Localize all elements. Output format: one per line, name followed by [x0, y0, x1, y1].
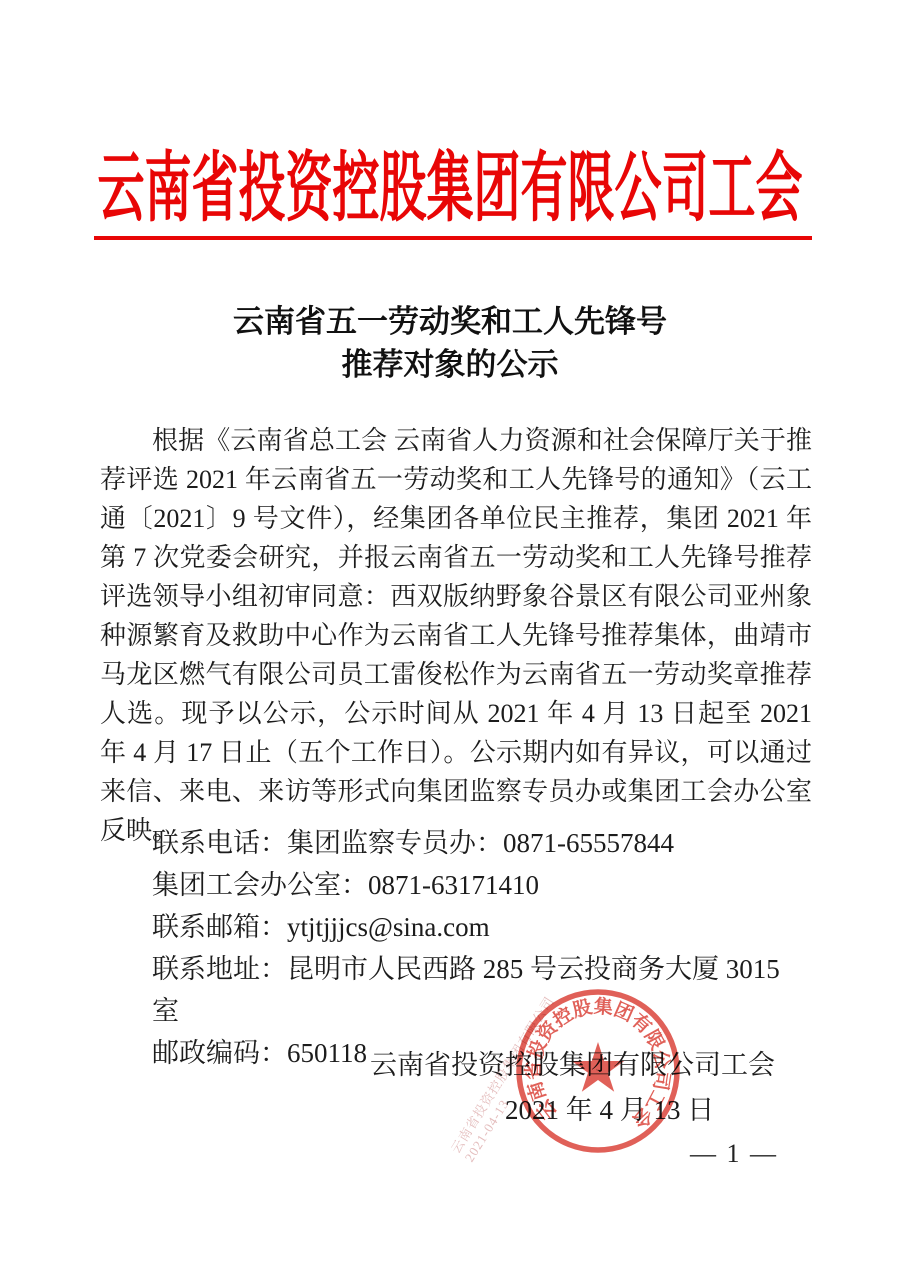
- contact-block: 联系电话：集团监察专员办：0871-65557844集团工会办公室：0871-6…: [152, 822, 812, 1074]
- body-line: 人选。现予以公示，公示时间从 2021 年 4 月 13 日起至 2021: [100, 694, 812, 733]
- body-paragraph: 根据《云南省总工会 云南省人力资源和社会保障厅关于推荐评选 2021 年云南省五…: [100, 421, 812, 850]
- page-title-line2: 推荐对象的公示: [0, 343, 900, 386]
- body-line: 通〔2021〕9 号文件），经集团各单位民主推荐，集团 2021 年: [100, 499, 812, 538]
- page-number: — 1 —: [690, 1139, 778, 1169]
- page-title-line1: 云南省五一劳动奖和工人先锋号: [0, 300, 900, 343]
- body-line: 种源繁育及救助中心作为云南省工人先锋号推荐集体，曲靖市: [100, 616, 812, 655]
- body-line: 评选领导小组初审同意：西双版纳野象谷景区有限公司亚州象: [100, 577, 812, 616]
- contact-line: 集团工会办公室：0871-63171410: [152, 864, 812, 906]
- letterhead-rule: [94, 236, 812, 240]
- body-line: 根据《云南省总工会 云南省人力资源和社会保障厅关于推: [100, 421, 812, 460]
- document-page: 云南省投资控股集团有限公司工会 云南省五一劳动奖和工人先锋号 推荐对象的公示 根…: [0, 0, 900, 1272]
- contact-line: 联系地址：昆明市人民西路 285 号云投商务大厦 3015 室: [152, 948, 812, 1032]
- contact-line: 联系邮箱：ytjtjjjcs@sina.com: [152, 906, 812, 948]
- body-line: 年 4 月 17 日止（五个工作日）。公示期内如有异议，可以通过: [100, 733, 812, 772]
- star-icon: [572, 1042, 624, 1092]
- letterhead-org-name: 云南省投资控股集团有限公司工会: [0, 128, 900, 237]
- page-title: 云南省五一劳动奖和工人先锋号 推荐对象的公示: [0, 300, 900, 386]
- body-line: 马龙区燃气有限公司员工雷俊松作为云南省五一劳动奖章推荐: [100, 655, 812, 694]
- body-line: 来信、来电、来访等形式向集团监察专员办或集团工会办公室: [100, 772, 812, 811]
- contact-line: 联系电话：集团监察专员办：0871-65557844: [152, 822, 812, 864]
- body-line: 第 7 次党委会研究，并报云南省五一劳动奖和工人先锋号推荐: [100, 538, 812, 577]
- body-line: 荐评选 2021 年云南省五一劳动奖和工人先锋号的通知》（云工: [100, 460, 812, 499]
